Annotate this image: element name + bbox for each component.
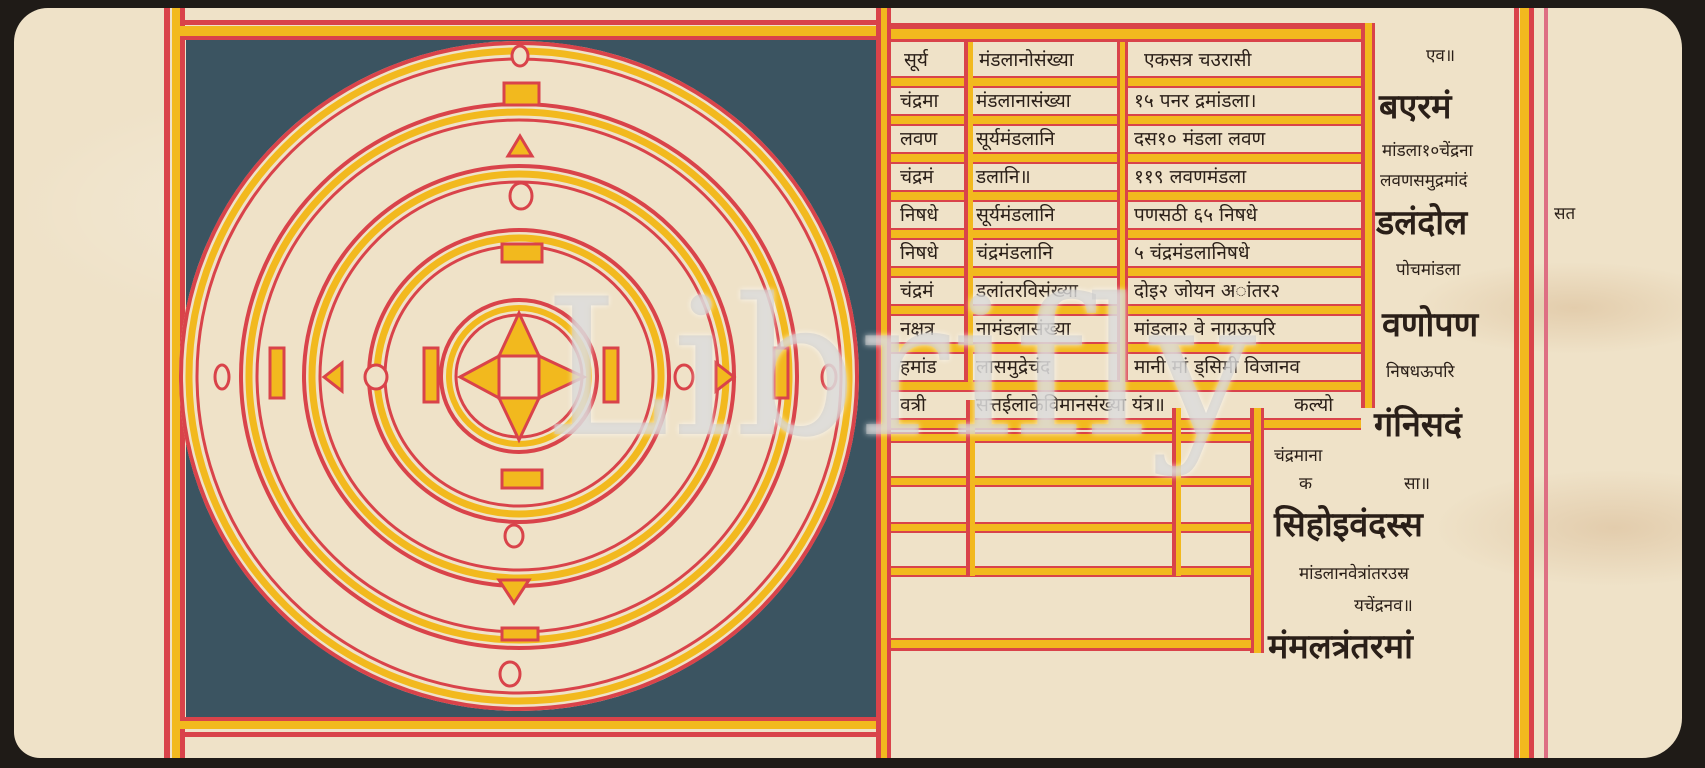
table-cell: मंडलानासंख्या (976, 92, 1071, 111)
table-cell: चंद्रमा (900, 92, 938, 111)
table-cell: नामंडलासंख्या (976, 320, 1071, 339)
table-cell: लवण (900, 130, 937, 149)
table-cell: वत्री (900, 396, 926, 415)
table-grid (891, 23, 1375, 653)
text-line: मांडलानवेत्रांतरउस्र (1299, 566, 1409, 583)
table-cell: चंद्रमं (900, 282, 934, 301)
table-cell: दस१० मंडला लवण (1134, 130, 1265, 149)
table-cell: मांडला२ वे नाग्रऊपरि (1134, 320, 1275, 339)
table-cell: डलांतरविसंख्या (976, 282, 1078, 301)
table-cell: डलानि॥ (976, 168, 1031, 187)
text-line: मांडला१०चेंद्रना (1382, 143, 1473, 160)
table-cell: पणसठी ६५ निषधे (1134, 206, 1257, 225)
table-cell: नक्षत्र (900, 320, 935, 339)
table-cell: एकसत्र चउरासी (1144, 51, 1251, 70)
text-line: बएरमं (1379, 90, 1451, 124)
table-cell: मंडलानोसंख्या (979, 51, 1074, 70)
table-cell: ११९ लवणमंडला (1134, 168, 1246, 187)
text-line: डलंदोल (1376, 206, 1467, 240)
text-line: सा॥ (1404, 476, 1430, 493)
text-line: यचेंद्रनव॥ (1354, 598, 1413, 615)
table-cell: सूर्य (904, 51, 928, 70)
table-cell: १५ पनर द्रमांडला। (1134, 92, 1257, 111)
text-line: लवणसमुद्रमांदं (1380, 173, 1468, 190)
text-line: क (1299, 476, 1312, 493)
text-line: सिहोइवंदस्स (1274, 508, 1423, 542)
table-cell: सूर्यमंडलानि (976, 206, 1055, 225)
margin-note: सत (1554, 206, 1575, 223)
text-line: चंद्रमाना (1274, 448, 1322, 465)
text-line: निषधऊपरि (1386, 364, 1454, 381)
table-cell: दोइ२ जोयन अांतर२ (1134, 282, 1280, 301)
manuscript-folio: सूर्य मंडलानोसंख्या एकसत्र चउरासी चंद्रम… (14, 8, 1682, 758)
table-cell: कल्यो (1294, 396, 1333, 415)
text-line: गंनिसदं (1374, 408, 1462, 442)
table-cell: चंद्रमं (900, 168, 934, 187)
table-cell: निषधे (900, 206, 938, 225)
table-cell: ५ चंद्रमंडलानिषधे (1134, 244, 1250, 263)
text-line: एव॥ (1426, 48, 1455, 65)
text-line: पोचमांडला (1396, 262, 1460, 279)
table-cell: मानी मां ड्सिमी विजानव (1134, 358, 1300, 377)
text-line: मंमलत्रंतरमां (1268, 630, 1413, 664)
table-cell: सूर्यमंडलानि (976, 130, 1055, 149)
table-cell: लासमुद्रेचंद (976, 358, 1050, 377)
table-cell: हमांड (900, 358, 937, 377)
table-cell: चंद्रमंडलानि (976, 244, 1053, 263)
text-line: वणोपण (1382, 308, 1478, 342)
table-cell: निषधे (900, 244, 938, 263)
table-cell: सत्तईलाकेविमानसंख्या यंत्र॥ (976, 396, 1165, 415)
